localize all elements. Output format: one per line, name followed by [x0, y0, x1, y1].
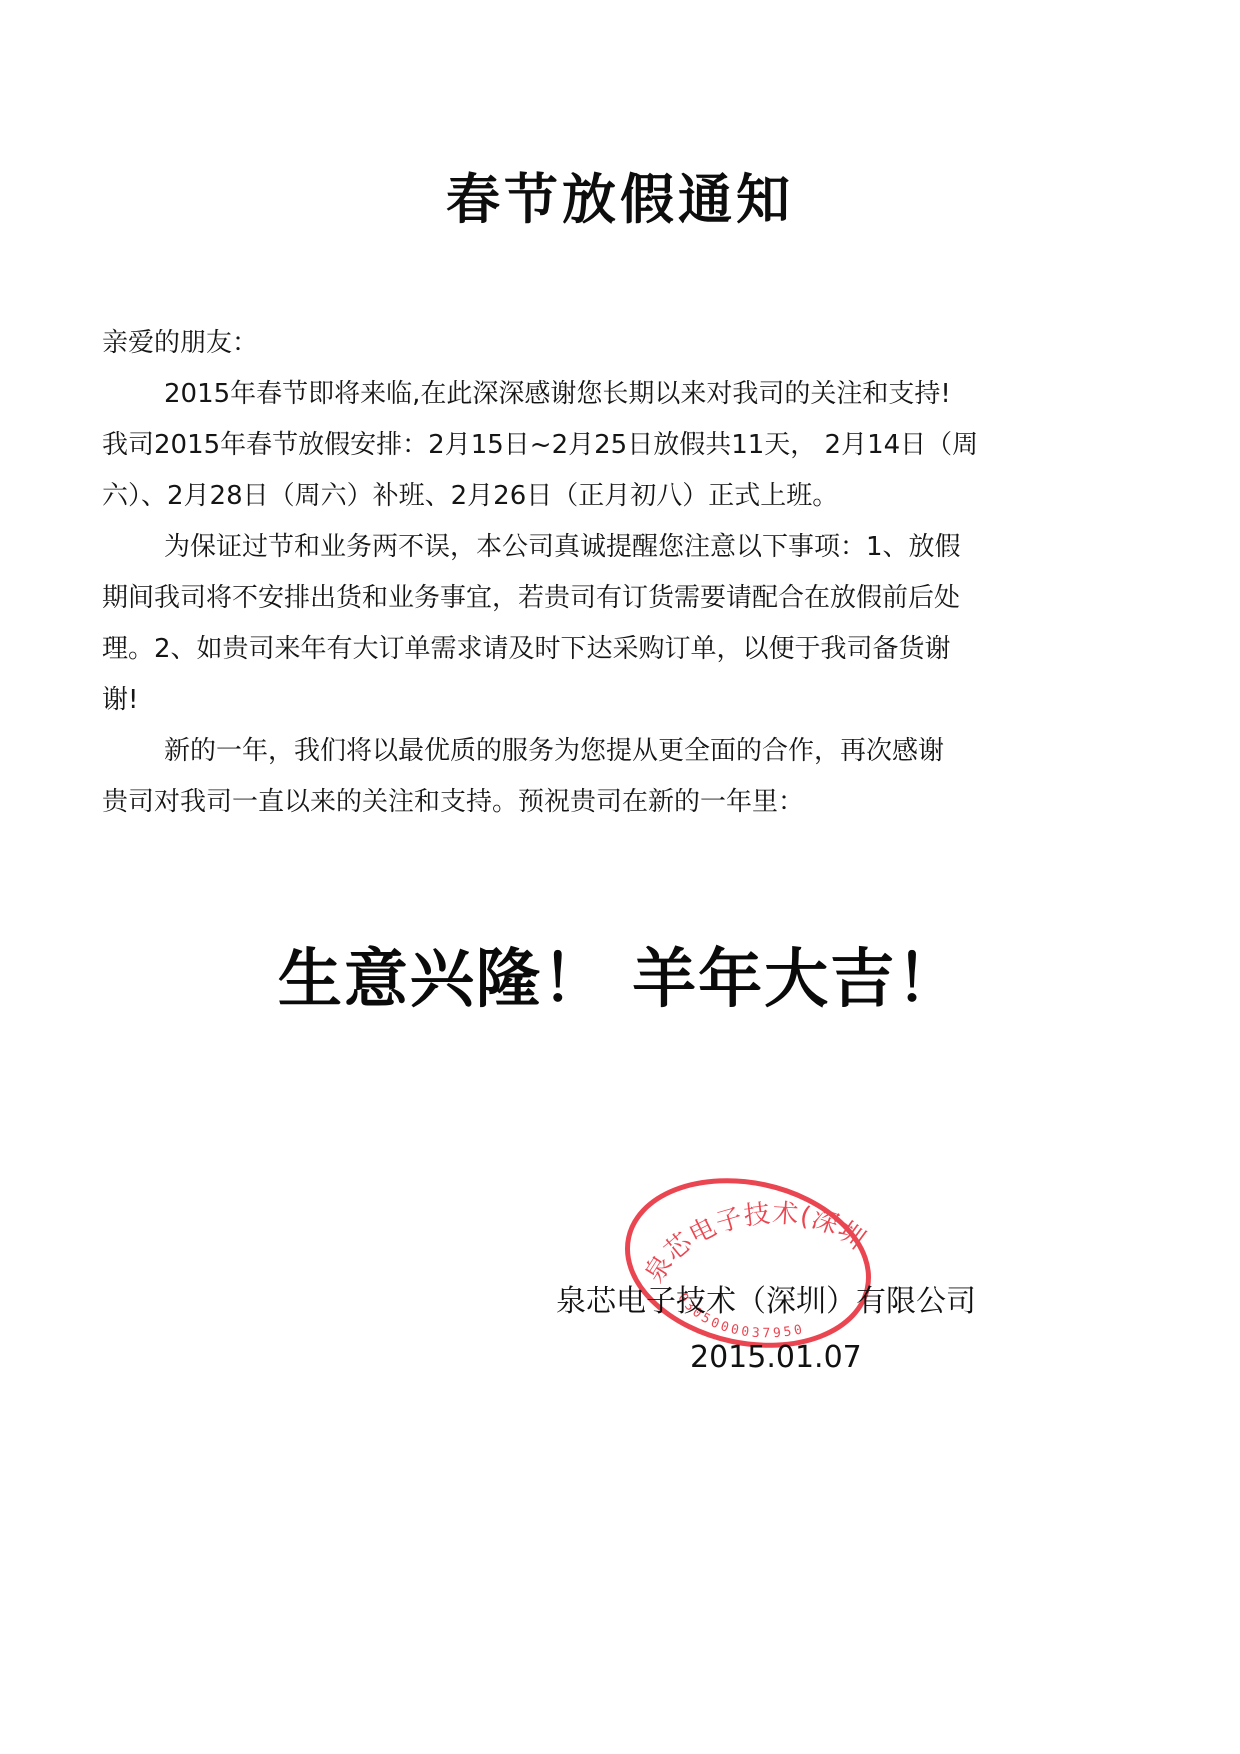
paragraph-line: 谢! [102, 675, 1132, 726]
new-year-slogan: 生意兴隆！ 羊年大吉！ [0, 940, 1240, 1020]
notice-page: 春节放假通知 亲爱的朋友： 2015年春节即将来临,在此深深感谢您长期以来对我司… [0, 0, 1240, 1754]
notice-body: 亲爱的朋友： 2015年春节即将来临,在此深深感谢您长期以来对我司的关注和支持!… [102, 318, 1132, 828]
page-title: 春节放假通知 [0, 168, 1240, 232]
paragraph-line: 新的一年，我们将以最优质的服务为您提从更全面的合作，再次感谢 [102, 726, 1132, 777]
paragraph-line: 为保证过节和业务两不误，本公司真诚提醒您注意以下事项：1、放假 [102, 522, 1132, 573]
paragraph-line: 贵司对我司一直以来的关注和支持。预祝贵司在新的一年里： [102, 777, 1132, 828]
paragraph-line: 期间我司将不安排出货和业务事宜，若贵司有订货需要请配合在放假前后处 [102, 573, 1132, 624]
seal-text: 泉芯电子技术(深圳)有限公司 [604, 1152, 871, 1288]
seal-icon: 泉芯电子技术(深圳)有限公司 0305000037950 [618, 1175, 878, 1350]
paragraph-line: 2015年春节即将来临,在此深深感谢您长期以来对我司的关注和支持! [102, 369, 1132, 420]
svg-text:泉芯电子技术(深圳)有限公司: 泉芯电子技术(深圳)有限公司 [604, 1152, 871, 1288]
company-seal-stamp: 泉芯电子技术(深圳)有限公司 0305000037950 [618, 1175, 878, 1350]
paragraph-line: 理。2、如贵司来年有大订单需求请及时下达采购订单，以便于我司备货谢 [102, 624, 1132, 675]
signature-date: 2015.01.07 [690, 1338, 862, 1378]
greeting: 亲爱的朋友： [102, 318, 1132, 369]
paragraph-line: 六）、2月28日（周六）补班、2月26日（正月初八）正式上班。 [102, 471, 1132, 522]
paragraph-line: 我司2015年春节放假安排：2月15日~2月25日放假共11天， 2月14日（周 [102, 420, 1132, 471]
company-signature: 泉芯电子技术（深圳）有限公司 [556, 1282, 976, 1322]
